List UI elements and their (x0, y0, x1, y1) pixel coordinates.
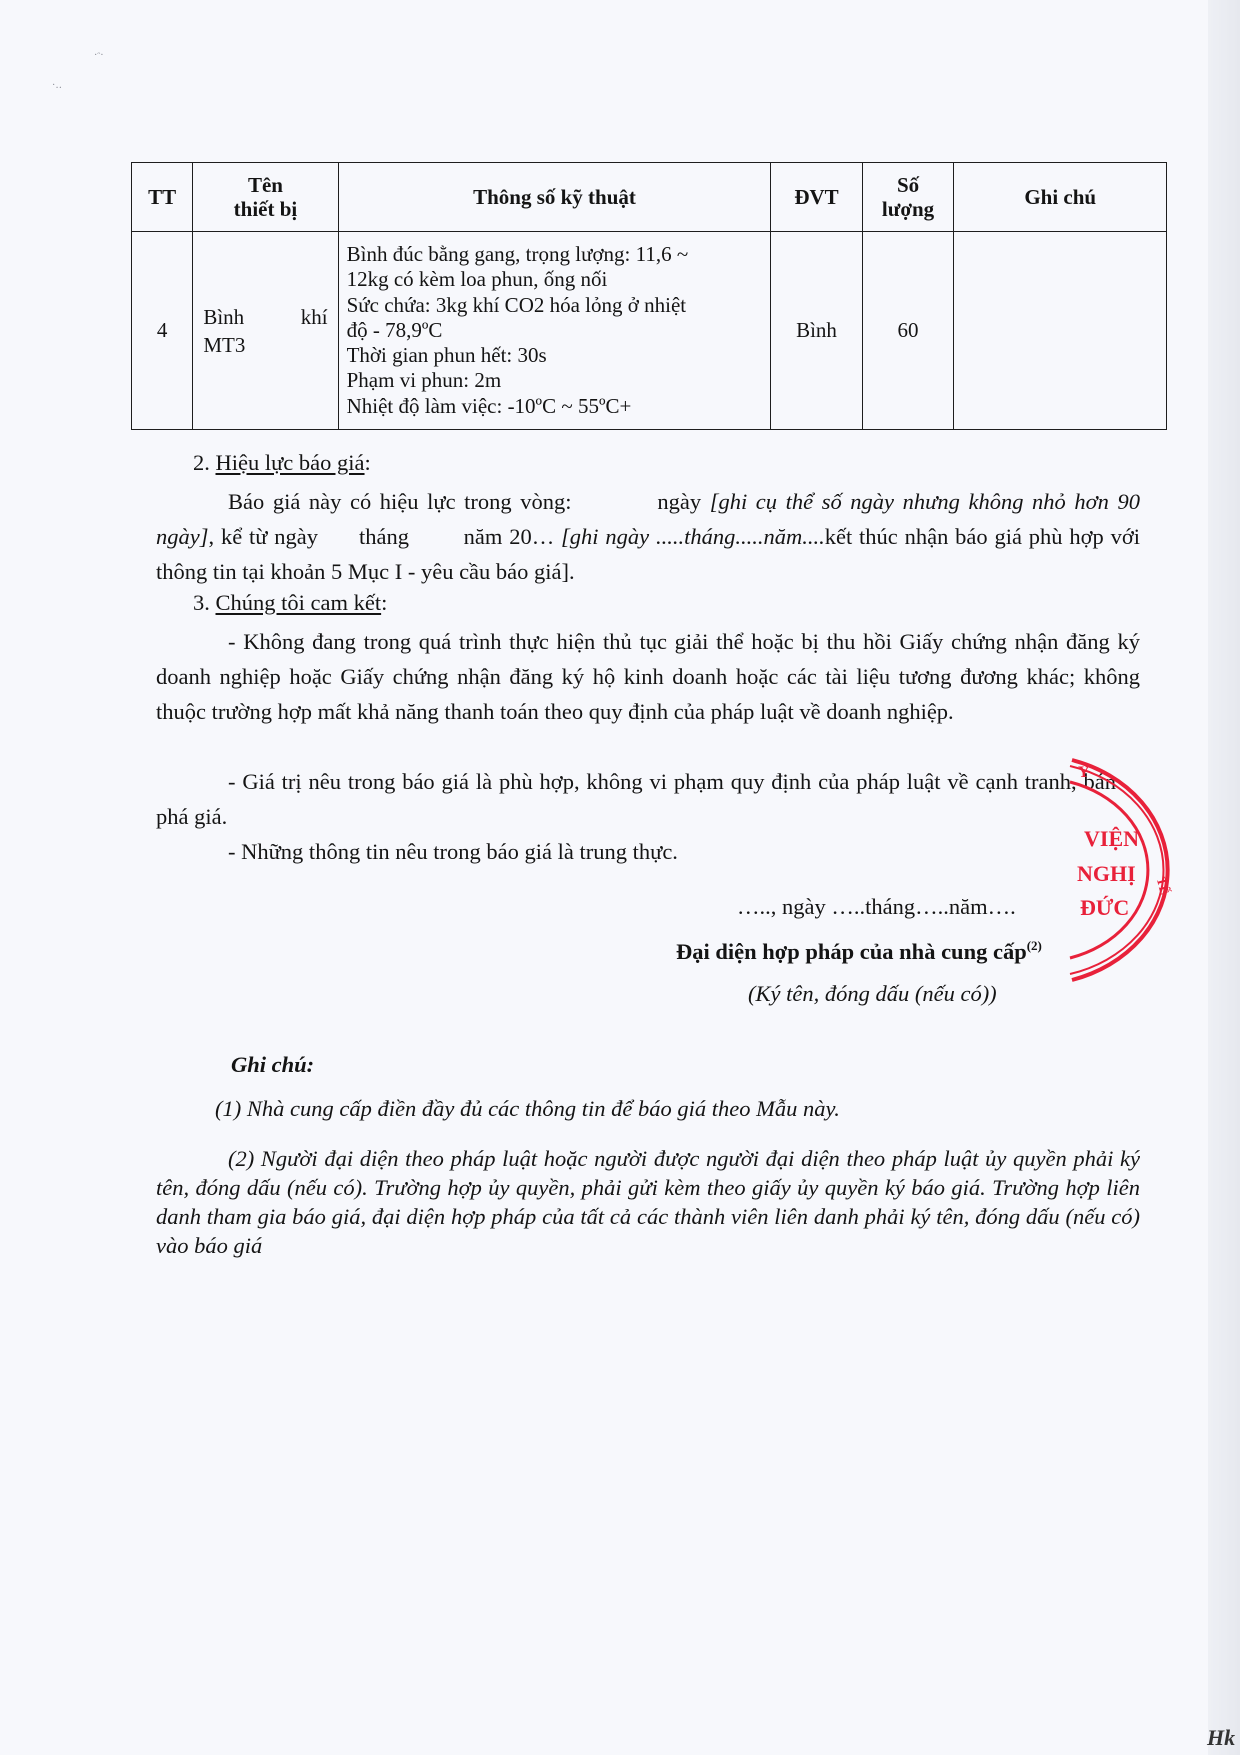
commitment-item: - Giá trị nêu trong báo giá là phù hợp, … (156, 764, 1116, 834)
commitment-item: - Những thông tin nêu trong báo giá là t… (156, 834, 1140, 869)
header-unit: ĐVT (771, 163, 862, 232)
cell-tt: 4 (132, 232, 193, 430)
commitment-item: - Không đang trong quá trình thực hiện t… (156, 624, 1140, 729)
table-row: 4 Bình khí MT3 Bình đúc bằng gang, trọng… (132, 232, 1167, 430)
note-item: (1) Nhà cung cấp điền đầy đủ các thông t… (215, 1096, 840, 1122)
scan-page-edge (1208, 0, 1240, 1755)
cell-unit: Bình (771, 232, 862, 430)
cell-quantity: 60 (862, 232, 954, 430)
section-2-heading: 2. Hiệu lực báo giá: (193, 450, 371, 476)
cell-specifications: Bình đúc bằng gang, trọng lượng: 11,6 ~ … (338, 232, 771, 430)
cell-equipment-name: Bình khí MT3 (193, 232, 338, 430)
header-tt: TT (132, 163, 193, 232)
scan-speck: ·‥ (52, 80, 62, 91)
page-initials-mark: Hk (1207, 1725, 1235, 1751)
signature-title: Đại diện hợp pháp của nhà cung cấp(2) (676, 938, 1042, 965)
cell-note (954, 232, 1167, 430)
section-3-heading: 3. Chúng tôi cam kết: (193, 590, 387, 616)
scan-speck: ·ᵔ· (94, 50, 104, 61)
header-quantity: Số lượng (862, 163, 954, 232)
table-header-row: TT Tên thiết bị Thông số kỹ thuật ĐVT Số… (132, 163, 1167, 232)
signature-date-line: ….., ngày …..tháng…..năm…. (737, 894, 1016, 920)
header-note: Ghi chú (954, 163, 1167, 232)
notes-heading: Ghi chú: (231, 1052, 314, 1078)
validity-paragraph: Báo giá này có hiệu lực trong vòng: ngày… (156, 484, 1140, 589)
note-item: (2) Người đại diện theo pháp luật hoặc n… (156, 1144, 1140, 1260)
header-equipment-name: Tên thiết bị (193, 163, 338, 232)
header-specifications: Thông số kỹ thuật (338, 163, 771, 232)
signature-instruction: (Ký tên, đóng dấu (nếu có)) (748, 981, 997, 1007)
equipment-table: TT Tên thiết bị Thông số kỹ thuật ĐVT Số… (131, 162, 1167, 430)
